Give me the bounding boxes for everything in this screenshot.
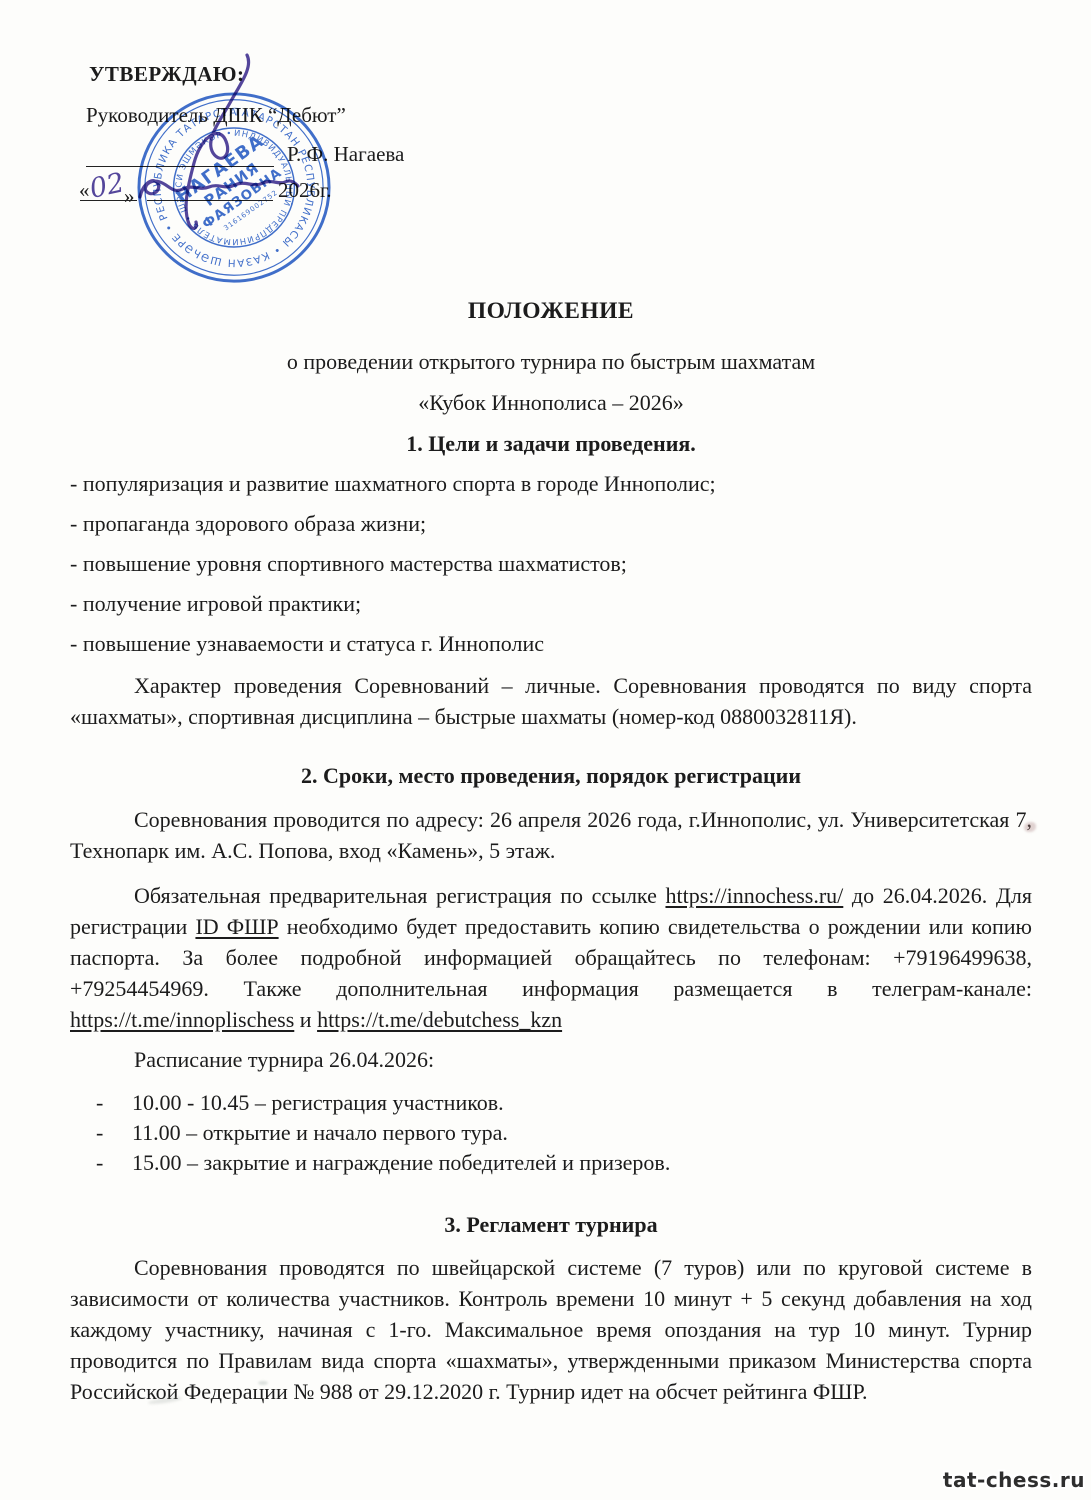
schedule-intro: Расписание турнира 26.04.2026: <box>70 1044 1032 1075</box>
schedule-list: - 10.00 - 10.45 – регистрация участников… <box>70 1088 1032 1178</box>
section3-heading: 3. Регламент турнира <box>70 1211 1032 1239</box>
registration-text: и <box>294 1007 317 1032</box>
schedule-item-text: 10.00 - 10.45 – регистрация участников. <box>132 1088 504 1118</box>
schedule-item-marker: - <box>70 1118 132 1148</box>
document-title: ПОЛОЖЕНИЕ <box>70 296 1032 326</box>
goal-item: - получение игровой практики; <box>70 590 1032 617</box>
goal-item: - популяризация и развитие шахматного сп… <box>70 470 1032 497</box>
scan-smudge <box>1024 822 1036 832</box>
schedule-item-text: 11.00 – открытие и начало первого тура. <box>132 1118 508 1148</box>
venue-paragraph: Соревнования проводится по адресу: 26 ап… <box>70 804 1032 866</box>
handwritten-signature: 02 <box>55 35 455 265</box>
signature-month-scribble <box>140 181 298 197</box>
section3-paragraph: Соревнования проводятся по швейцарской с… <box>70 1252 1032 1407</box>
telegram-link-innoplischess[interactable]: https://t.me/innoplischess <box>70 1007 294 1032</box>
scan-smudge <box>258 1381 268 1385</box>
schedule-item: - 15.00 – закрытие и награждение победит… <box>70 1148 1032 1178</box>
document-subtitle: о проведении открытого турнира по быстры… <box>70 348 1032 376</box>
schedule-item: - 10.00 - 10.45 – регистрация участников… <box>70 1088 1032 1118</box>
telegram-link-debutchess[interactable]: https://t.me/debutchess_kzn <box>317 1007 562 1032</box>
schedule-item-marker: - <box>70 1088 132 1118</box>
tournament-name: «Кубок Иннополиса – 2026» <box>70 389 1032 417</box>
goal-item: - повышение узнаваемости и статуса г. Ин… <box>70 630 1032 657</box>
goal-item: - повышение уровня спортивного мастерств… <box>70 550 1032 577</box>
id-fshr-text: ID ФШР <box>195 914 278 939</box>
section1-paragraph: Характер проведения Соревнований – личны… <box>70 670 1032 732</box>
goal-item: - пропаганда здорового образа жизни; <box>70 510 1032 537</box>
registration-text: Обязательная предварительная регистрация… <box>134 883 665 908</box>
schedule-item-text: 15.00 – закрытие и награждение победител… <box>132 1148 670 1178</box>
schedule-item-marker: - <box>70 1148 132 1178</box>
section1-heading: 1. Цели и задачи проведения. <box>70 430 1032 458</box>
section2-heading: 2. Сроки, место проведения, порядок реги… <box>70 762 1032 790</box>
signature-flourish-stroke <box>186 55 249 228</box>
scanned-document-page: УТВЕРЖДАЮ: Руководитель ДШК “Дебют” Р. Ф… <box>0 0 1091 1500</box>
handwritten-day: 02 <box>87 167 127 204</box>
site-watermark: tat-chess.ru <box>943 1468 1085 1492</box>
schedule-item: - 11.00 – открытие и начало первого тура… <box>70 1118 1032 1148</box>
document-body: ПОЛОЖЕНИЕ о проведении открытого турнира… <box>70 296 1032 1407</box>
registration-paragraph: Обязательная предварительная регистрация… <box>70 880 1032 1035</box>
registration-link[interactable]: https://innochess.ru/ <box>665 883 843 908</box>
